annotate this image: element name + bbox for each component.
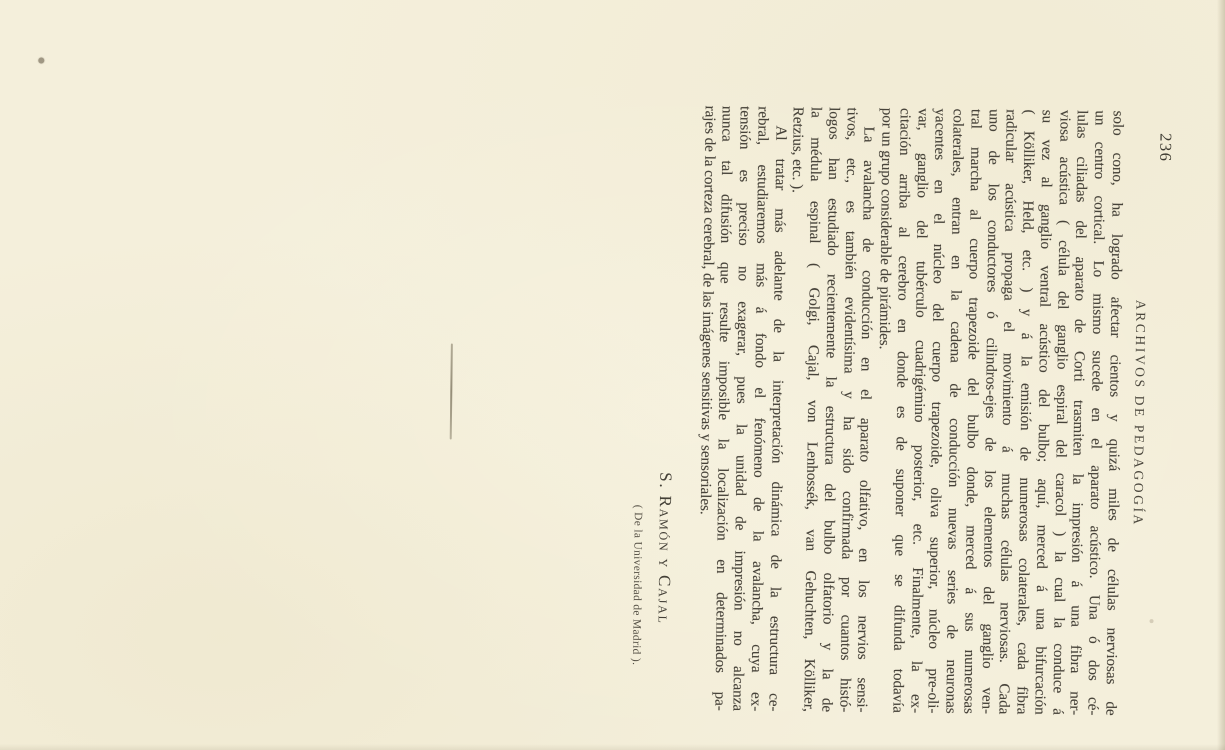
section-end-rule <box>449 343 452 439</box>
author-affiliation: ( De la Universidad de Madrid ). <box>629 504 643 665</box>
body-text: solo cono, ha logrado afectar cientos y … <box>692 105 1125 715</box>
ink-speck <box>1149 619 1153 623</box>
book-page: 236 ARCHIVOS DE PEDAGOGÍA solo cono, ha … <box>0 0 1225 750</box>
ink-speck <box>38 57 44 63</box>
scanned-book-page: 236 ARCHIVOS DE PEDAGOGÍA solo cono, ha … <box>0 0 1225 750</box>
author-signature: S. Ramón y Cajal <box>653 472 675 625</box>
running-header: ARCHIVOS DE PEDAGOGÍA <box>1127 110 1150 715</box>
page-number: 236 <box>1155 133 1175 162</box>
